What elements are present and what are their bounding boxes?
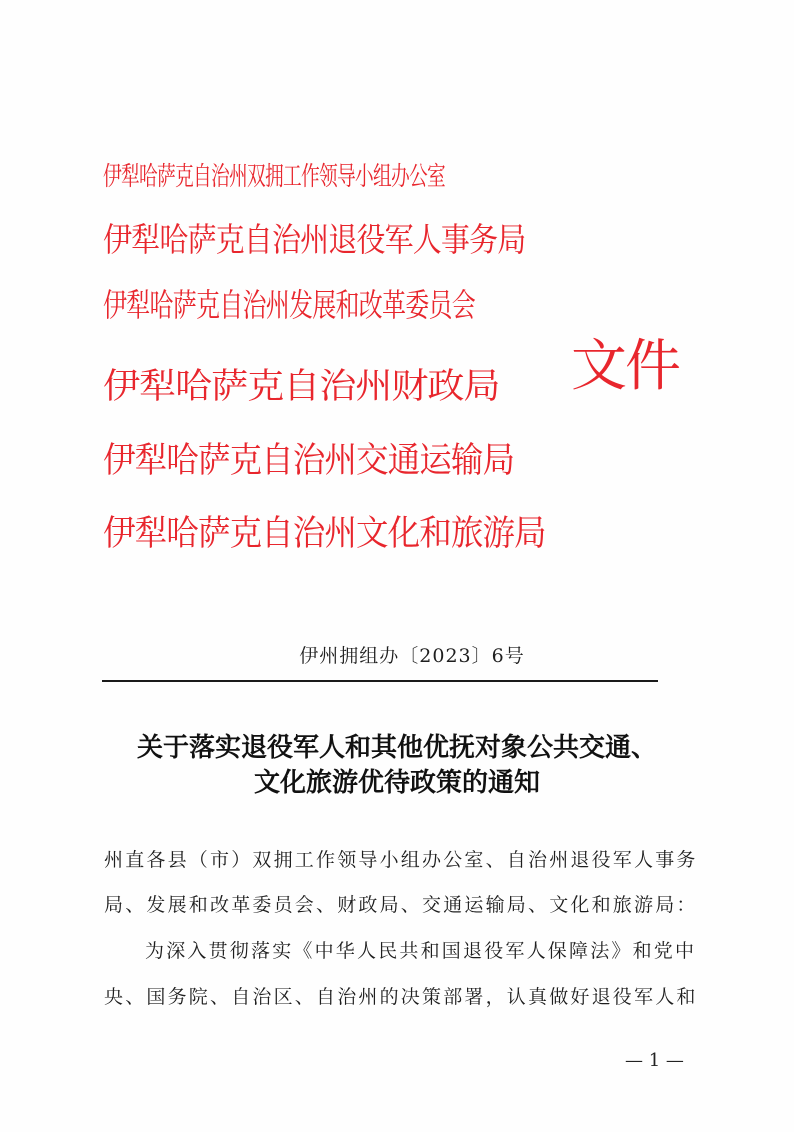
body-text-line: 央、国务院、自治区、自治州的决策部署，认真做好退役军人和	[104, 982, 698, 1009]
body-text-line: 为深入贯彻落实《中华人民共和国退役军人保障法》和党中	[145, 936, 696, 963]
body-text-line: 局、发展和改革委员会、财政局、交通运输局、文化和旅游局：	[104, 890, 698, 917]
document-page: 伊犁哈萨克自治州双拥工作领导小组办公室 伊犁哈萨克自治州退役军人事务局 伊犁哈萨…	[0, 0, 794, 1132]
issuer-transport-bureau: 伊犁哈萨克自治州交通运输局	[103, 433, 514, 483]
issuer-development-reform-commission: 伊犁哈萨克自治州发展和改革委员会	[103, 280, 475, 326]
issuer-finance-bureau: 伊犁哈萨克自治州财政局	[103, 359, 499, 409]
issuer-veterans-affairs-bureau: 伊犁哈萨克自治州退役军人事务局	[103, 214, 525, 261]
page-number: — 1 —	[625, 1050, 684, 1071]
document-number: 伊州拥组办〔2023〕6号	[0, 641, 794, 668]
document-title-line-1: 关于落实退役军人和其他优抚对象公共交通、	[0, 727, 794, 764]
document-title-line-2: 文化旅游优待政策的通知	[0, 762, 794, 799]
issuer-double-support-office: 伊犁哈萨克自治州双拥工作领导小组办公室	[103, 156, 445, 193]
header-divider	[102, 680, 658, 682]
document-header-suffix: 文件	[571, 322, 679, 402]
issuer-culture-tourism-bureau: 伊犁哈萨克自治州文化和旅游局	[103, 506, 546, 556]
body-text-line: 州直各县（市）双拥工作领导小组办公室、自治州退役军人事务	[104, 845, 698, 872]
